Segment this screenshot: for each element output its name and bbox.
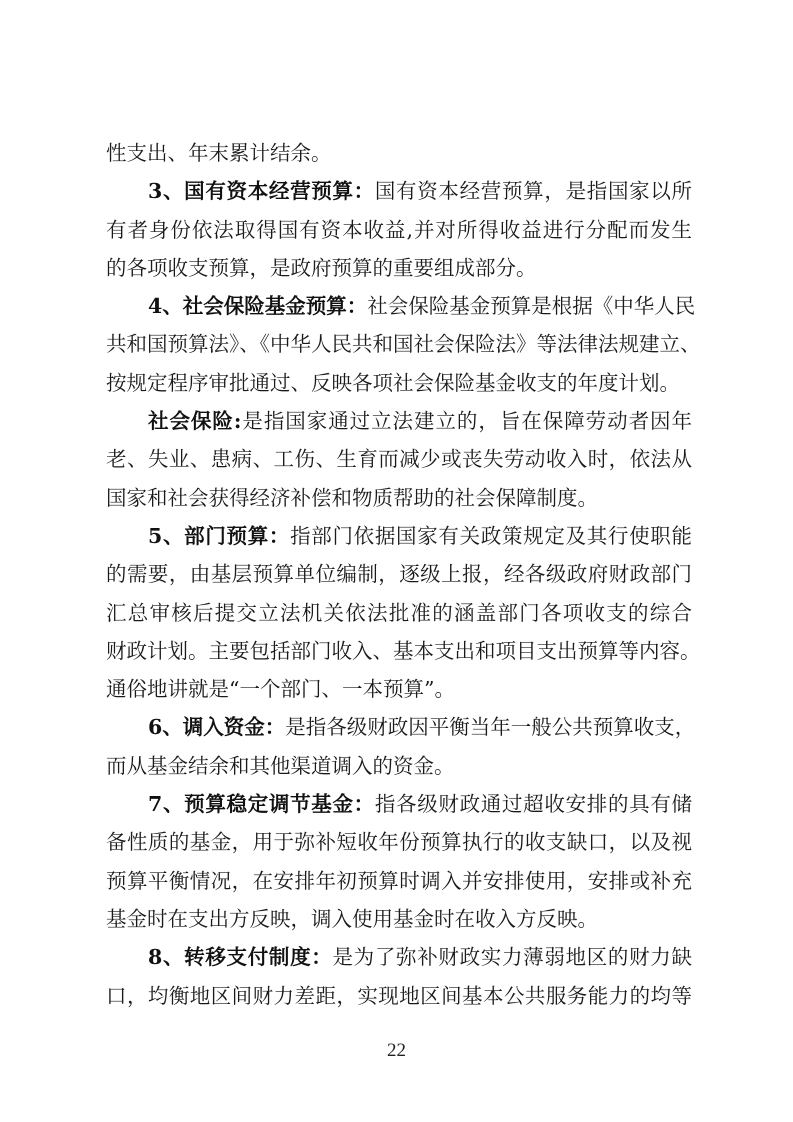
heading-line-social-insurance: 社会保险:是指国家通过立法建立的，旨在保障劳动者因年 [106, 402, 692, 440]
line-text: 备性质的基金，用于弥补短收年份预算执行的收支缺口，以及视 [106, 830, 692, 854]
page-number: 22 [0, 1040, 793, 1062]
text-line: 而从基金结余和其他渠道调入的资金。 [106, 747, 692, 785]
text-line: 有者身份依法取得国有资本收益,并对所得收益进行分配而发生 [106, 211, 692, 249]
term-heading: 社会保险: [106, 409, 241, 433]
line-text: 性支出、年末累计结余。 [106, 141, 332, 165]
term-heading: 5、部门预算： [106, 524, 290, 548]
term-heading: 3、国有资本经营预算： [106, 179, 375, 203]
line-text: 国有资本经营预算，是指国家以所 [375, 179, 692, 203]
line-text: 有者身份依法取得国有资本收益,并对所得收益进行分配而发生 [106, 218, 692, 242]
heading-line-transfer-payment-system: 8、转移支付制度：是为了弥补财政实力薄弱地区的财力缺 [106, 938, 692, 976]
heading-line-social-insurance-fund-budget: 4、社会保险基金预算：社会保险基金预算是根据《中华人民 [106, 287, 692, 325]
line-text: 指各级财政通过超收安排的具有储 [375, 792, 692, 816]
heading-line-transferred-funds: 6、调入资金：是指各级财政因平衡当年一般公共预算收支， [106, 708, 692, 746]
heading-line-state-capital-budget: 3、国有资本经营预算：国有资本经营预算，是指国家以所 [106, 172, 692, 210]
line-text: 按规定程序审批通过、反映各项社会保险基金收支的年度计划。 [106, 371, 680, 395]
text-line: 汇总审核后提交立法机关依法批准的涵盖部门各项收支的综合 [106, 594, 692, 632]
line-text: 基金时在支出方反映，调入使用基金时在收入方反映。 [106, 907, 598, 931]
text-line: 通俗地讲就是“一个部门、一本预算”。 [106, 670, 692, 708]
text-line: 备性质的基金，用于弥补短收年份预算执行的收支缺口，以及视 [106, 823, 692, 861]
line-text: 是指国家通过立法建立的，旨在保障劳动者因年 [241, 409, 692, 433]
term-heading: 7、预算稳定调节基金： [106, 792, 375, 816]
text-line: 按规定程序审批通过、反映各项社会保险基金收支的年度计划。 [106, 364, 692, 402]
line-text: 共和国预算法》、《中华人民共和国社会保险法》等法律法规建立、 [106, 332, 701, 356]
line-text: 指部门依据国家有关政策规定及其行使职能 [290, 524, 692, 548]
text-line: 共和国预算法》、《中华人民共和国社会保险法》等法律法规建立、 [106, 325, 692, 363]
term-heading: 6、调入资金： [106, 715, 285, 739]
line-text: 而从基金结余和其他渠道调入的资金。 [106, 754, 455, 778]
text-line: 的各项收支预算，是政府预算的重要组成部分。 [106, 249, 692, 287]
text-line: 国家和社会获得经济补偿和物质帮助的社会保障制度。 [106, 479, 692, 517]
line-text: 的各项收支预算，是政府预算的重要组成部分。 [106, 256, 537, 280]
text-line: 的需要，由基层预算单位编制，逐级上报，经各级政府财政部门 [106, 555, 692, 593]
line-text: 预算平衡情况，在安排年初预算时调入并安排使用，安排或补充 [106, 869, 692, 893]
line-text: 财政计划。主要包括部门收入、基本支出和项目支出预算等内容。 [106, 639, 701, 663]
term-heading: 8、转移支付制度： [106, 945, 332, 969]
line-text: 是为了弥补财政实力薄弱地区的财力缺 [332, 945, 692, 969]
heading-line-department-budget: 5、部门预算：指部门依据国家有关政策规定及其行使职能 [106, 517, 692, 555]
text-line: 性支出、年末累计结余。 [106, 134, 692, 172]
line-text: 的需要，由基层预算单位编制，逐级上报，经各级政府财政部门 [106, 562, 692, 586]
line-text: 口，均衡地区间财力差距，实现地区间基本公共服务能力的均等 [106, 984, 692, 1008]
text-line: 财政计划。主要包括部门收入、基本支出和项目支出预算等内容。 [106, 632, 692, 670]
term-heading: 4、社会保险基金预算： [106, 294, 367, 318]
document-body: 性支出、年末累计结余。 3、国有资本经营预算：国有资本经营预算，是指国家以所 有… [106, 134, 692, 1015]
line-text: 国家和社会获得经济补偿和物质帮助的社会保障制度。 [106, 486, 598, 510]
line-text: 汇总审核后提交立法机关依法批准的涵盖部门各项收支的综合 [106, 601, 692, 625]
line-text: 通俗地讲就是“一个部门、一本预算”。 [106, 677, 455, 701]
text-line: 预算平衡情况，在安排年初预算时调入并安排使用，安排或补充 [106, 862, 692, 900]
heading-line-budget-stabilization-fund: 7、预算稳定调节基金：指各级财政通过超收安排的具有储 [106, 785, 692, 823]
text-line: 老、失业、患病、工伤、生育而减少或丧失劳动收入时，依法从 [106, 440, 692, 478]
text-line: 基金时在支出方反映，调入使用基金时在收入方反映。 [106, 900, 692, 938]
line-text: 是指各级财政因平衡当年一般公共预算收支， [285, 715, 695, 739]
text-line: 口，均衡地区间财力差距，实现地区间基本公共服务能力的均等 [106, 977, 692, 1015]
line-text: 老、失业、患病、工伤、生育而减少或丧失劳动收入时，依法从 [106, 447, 692, 471]
line-text: 社会保险基金预算是根据《中华人民 [367, 294, 695, 318]
